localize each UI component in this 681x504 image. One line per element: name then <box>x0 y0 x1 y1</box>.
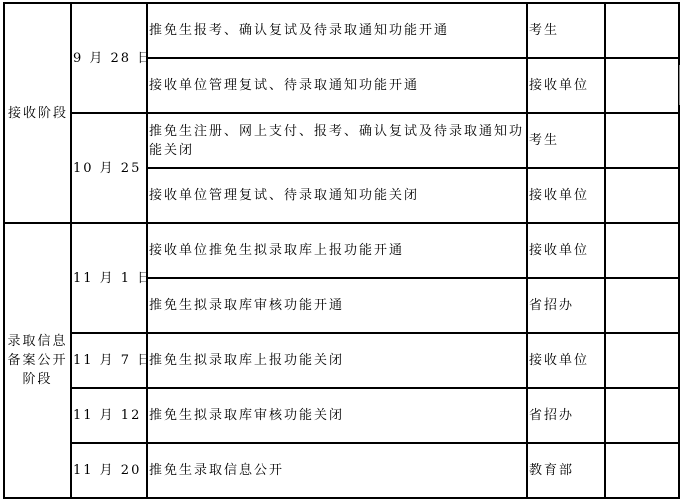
table-row: 11 月 7 日 推免生拟录取库上报功能关闭 接收单位 <box>4 333 679 388</box>
actor-cell: 教育部 <box>527 443 605 498</box>
scroll-indicator <box>679 65 680 105</box>
note-cell <box>605 443 679 498</box>
note-cell <box>605 223 679 278</box>
table-row: 10 月 25 日 推免生注册、网上支付、报考、确认复试及待录取通知功能关闭 考… <box>4 113 679 168</box>
task-cell: 推免生拟录取库上报功能关闭 <box>147 333 527 388</box>
task-cell: 推免生录取信息公开 <box>147 443 527 498</box>
schedule-table: 接收阶段 9 月 28 日 推免生报考、确认复试及待录取通知功能开通 考生 接收… <box>3 2 680 499</box>
date-cell: 10 月 25 日 <box>71 113 147 223</box>
date-cell: 11 月 12 日 <box>71 388 147 443</box>
note-cell <box>605 278 679 333</box>
actor-cell: 考生 <box>527 113 605 168</box>
note-cell <box>605 388 679 443</box>
stage-cell: 接收阶段 <box>4 3 71 223</box>
note-cell <box>605 3 679 58</box>
actor-cell: 考生 <box>527 3 605 58</box>
date-cell: 9 月 28 日 <box>71 3 147 113</box>
task-cell: 接收单位管理复试、待录取通知功能关闭 <box>147 168 527 223</box>
table-row: 录取信息备案公开阶段 11 月 1 日 接收单位推免生拟录取库上报功能开通 接收… <box>4 223 679 278</box>
task-cell: 推免生拟录取库审核功能关闭 <box>147 388 527 443</box>
stage-cell: 录取信息备案公开阶段 <box>4 223 71 498</box>
table-row: 接收阶段 9 月 28 日 推免生报考、确认复试及待录取通知功能开通 考生 <box>4 3 679 58</box>
table-row: 11 月 20 日 推免生录取信息公开 教育部 <box>4 443 679 498</box>
actor-cell: 接收单位 <box>527 333 605 388</box>
date-cell: 11 月 1 日 <box>71 223 147 333</box>
actor-cell: 省招办 <box>527 388 605 443</box>
task-cell: 接收单位管理复试、待录取通知功能开通 <box>147 58 527 113</box>
table-row: 11 月 12 日 推免生拟录取库审核功能关闭 省招办 <box>4 388 679 443</box>
task-cell: 接收单位推免生拟录取库上报功能开通 <box>147 223 527 278</box>
date-cell: 11 月 20 日 <box>71 443 147 498</box>
task-cell: 推免生拟录取库审核功能开通 <box>147 278 527 333</box>
actor-cell: 接收单位 <box>527 223 605 278</box>
task-cell: 推免生报考、确认复试及待录取通知功能开通 <box>147 3 527 58</box>
actor-cell: 接收单位 <box>527 58 605 113</box>
task-cell: 推免生注册、网上支付、报考、确认复试及待录取通知功能关闭 <box>147 113 527 168</box>
date-cell: 11 月 7 日 <box>71 333 147 388</box>
note-cell <box>605 58 679 113</box>
note-cell <box>605 333 679 388</box>
note-cell <box>605 113 679 168</box>
actor-cell: 接收单位 <box>527 168 605 223</box>
note-cell <box>605 168 679 223</box>
actor-cell: 省招办 <box>527 278 605 333</box>
